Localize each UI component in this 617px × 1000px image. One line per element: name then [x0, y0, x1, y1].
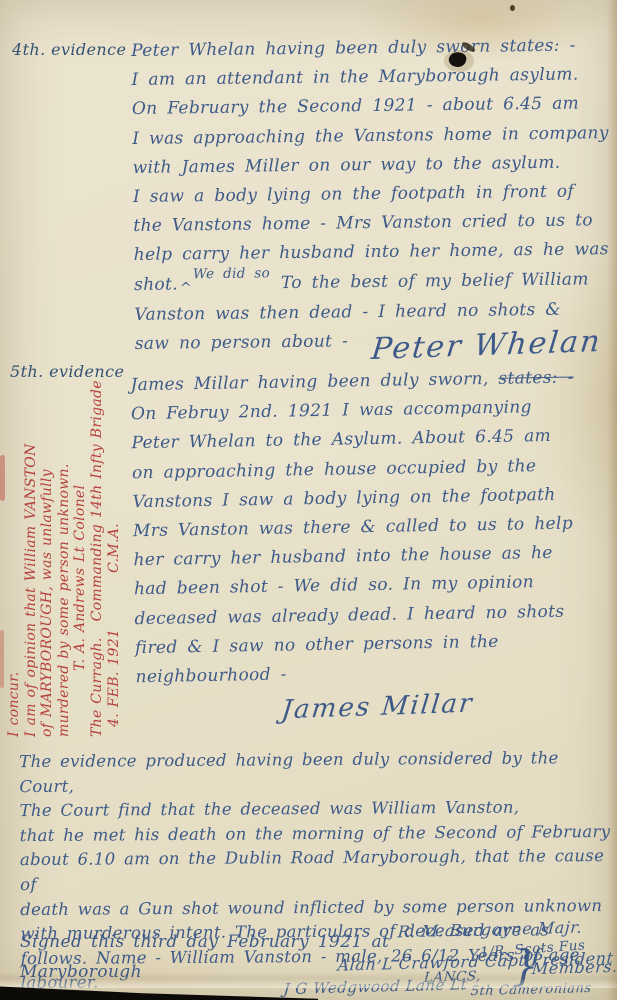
evidence4-line-part: shot. [134, 274, 178, 295]
concur-initials: C.M.A. [106, 523, 122, 573]
signature-peter-whelan: Peter Whelan [370, 324, 604, 367]
signature-james-millar: James Millar [280, 689, 475, 726]
evidence5-line-part: James Millar having been duly sworn, [130, 369, 498, 395]
evidence5-paragraph: James Millar having been duly sworn, sta… [130, 363, 617, 693]
inserted-text: We did so [193, 259, 271, 289]
paper-edge-shading [607, 0, 617, 1000]
concur-command: Commanding 14th Infty Brigade [89, 380, 105, 621]
ink-speck [510, 5, 515, 11]
concur-annotation: I concur. I am of opinion that William V… [6, 385, 126, 737]
verdict-line: about 6.10 am on the Dublin Road Marybor… [20, 844, 616, 897]
concur-line: murdered by some person unknown. [56, 385, 73, 737]
concur-place: The Curragh. [89, 637, 105, 737]
caret-mark: ^ [180, 274, 192, 303]
concur-line: I concur. [6, 385, 23, 737]
concur-line: I am of opinion that William VANSTON [23, 385, 40, 737]
document-page: 4th. evidence 5th. evidence Peter Whelan… [0, 0, 617, 1000]
struck-text: states: - [498, 368, 574, 389]
margin-note-5th-evidence: 5th. evidence [10, 362, 124, 381]
margin-note-4th-evidence: 4th. evidence [12, 40, 126, 59]
evidence4-line: Vanston was then dead - I heard no shots… [134, 295, 617, 330]
evidence4-paragraph: Peter Whelan having been duly sworn stat… [131, 31, 617, 359]
verdict-line: The evidence produced having been duly c… [19, 746, 615, 799]
evidence4-line-part: To the best of my belief William [281, 269, 589, 293]
concur-line: of MARYBOROUGH, was unlawfully [39, 385, 56, 737]
concur-date: 4. FEB. 1921 [106, 629, 122, 727]
concur-line: The Curragh.Commanding 14th Infty Brigad… [89, 385, 106, 737]
concur-line: 4. FEB. 1921C.M.A. [106, 385, 123, 737]
red-edge-mark [0, 630, 4, 688]
signed-statement-line: Signed this third day February 1921 at [20, 932, 389, 952]
concur-signature: T. A. Andrews Lt Colonel [72, 385, 89, 737]
paper-crease [0, 972, 617, 988]
red-edge-mark [0, 455, 5, 501]
